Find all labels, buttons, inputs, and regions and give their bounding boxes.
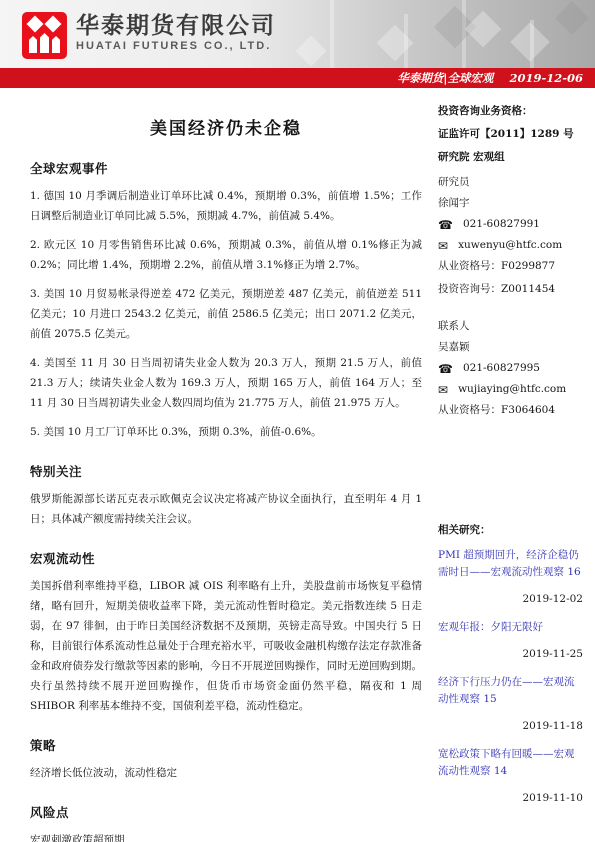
contact-name: 吴嘉颖 [438,340,583,355]
related-research-date: 2019-11-25 [438,648,583,660]
related-research-link[interactable]: PMI 超预期回升，经济企稳仍需时日——宏观流动性观察 16 [438,547,583,581]
license-number: 证监许可【2011】1289 号 [438,127,583,142]
related-research-item: 宽松政策下略有回暖——宏观流动性观察 14 2019-11-10 [438,746,583,804]
related-research-section: 相关研究： PMI 超预期回升，经济企稳仍需时日——宏观流动性观察 16 201… [438,522,583,804]
content-area: 美国经济仍未企稳 全球宏观事件 1. 德国 10 月季调后制造业订单环比减 0.… [0,88,595,842]
researcher-phone: 021-60827991 [463,217,540,232]
related-research-item: PMI 超预期回升，经济企稳仍需时日——宏观流动性观察 16 2019-12-0… [438,547,583,605]
report-title: 美国经济仍未企稳 [30,114,422,139]
researcher-name: 徐闻宇 [438,196,583,211]
institute-group: 研究院 宏观组 [438,150,583,165]
section-heading-strategy: 策略 [30,736,422,754]
email-icon: ✉ [438,384,448,396]
report-header: 华泰期货有限公司 HUATAI FUTURES CO., LTD. [0,0,595,68]
related-research-link[interactable]: 宏观年报：夕阳无限好 [438,619,583,636]
report-page: 华泰期货有限公司 HUATAI FUTURES CO., LTD. 华泰期货|全… [0,0,595,842]
company-name-en: HUATAI FUTURES CO., LTD. [76,40,276,52]
sidebar: 投资咨询业务资格： 证监许可【2011】1289 号 研究院 宏观组 研究员 徐… [438,88,583,842]
related-research-date: 2019-11-18 [438,720,583,732]
related-research-link[interactable]: 宽松政策下略有回暖——宏观流动性观察 14 [438,746,583,780]
report-category-banner: 华泰期货|全球宏观 2019-12-06 [0,68,595,88]
event-item: 4. 美国至 11 月 30 日当周初请失业金人数为 20.3 万人，预期 21… [30,353,422,413]
section-heading-risk: 风险点 [30,803,422,821]
main-column: 美国经济仍未企稳 全球宏观事件 1. 德国 10 月季调后制造业订单环比减 0.… [30,88,422,842]
report-date: 2019-12-06 [509,71,583,85]
company-name-cn: 华泰期货有限公司 [76,12,276,38]
special-attention-text: 俄罗斯能源部长诺瓦克表示欧佩克会议决定将减产协议全面执行，直至明年 4 月 1 … [30,489,422,529]
risk-text: 宏观刺激政策超预期 [30,830,422,842]
event-item: 5. 美国 10 月工厂订单环比 0.3%，预期 0.3%，前值-0.6%。 [30,422,422,442]
section-heading-global-macro-events: 全球宏观事件 [30,159,422,177]
related-research-item: 经济下行压力仍在——宏观流动性观察 15 2019-11-18 [438,674,583,732]
macro-liquidity-text: 美国拆借利率维持平稳，LIBOR 减 OIS 利率略有上升，美股盘前市场恢复平稳… [30,576,422,716]
contact-email-link[interactable]: wujiaying@htfc.com [458,382,566,397]
researcher-advisory-number: 投资咨询号：Z0011454 [438,282,583,297]
event-item: 3. 美国 10 月贸易帐录得逆差 472 亿美元，预期逆差 487 亿美元，前… [30,284,422,344]
researcher-email-link[interactable]: xuwenyu@htfc.com [458,238,562,253]
event-item: 2. 欧元区 10 月零售销售环比减 0.6%，预期减 0.3%，前值从增 0.… [30,235,422,275]
event-item: 1. 德国 10 月季调后制造业订单环比减 0.4%，预期增 0.3%，前值增 … [30,186,422,226]
brand-block: 华泰期货有限公司 HUATAI FUTURES CO., LTD. [76,12,276,52]
researcher-role-label: 研究员 [438,175,583,190]
section-heading-macro-liquidity: 宏观流动性 [30,549,422,567]
phone-icon: ☎ [438,219,453,231]
related-research-link[interactable]: 经济下行压力仍在——宏观流动性观察 15 [438,674,583,708]
strategy-text: 经济增长低位波动，流动性稳定 [30,763,422,783]
contact-cert-number: 从业资格号：F3064604 [438,403,583,418]
qualification-label: 投资咨询业务资格： [438,104,583,119]
huatai-logo-icon [22,12,67,59]
phone-icon: ☎ [438,363,453,375]
email-icon: ✉ [438,240,448,252]
related-research-heading: 相关研究： [438,522,583,537]
contact-role-label: 联系人 [438,319,583,334]
banner-category-label: 华泰期货|全球宏观 [397,70,493,86]
researcher-cert-number: 从业资格号：F0299877 [438,259,583,274]
related-research-date: 2019-11-10 [438,792,583,804]
related-research-item: 宏观年报：夕阳无限好 2019-11-25 [438,619,583,660]
contact-phone: 021-60827995 [463,361,540,376]
related-research-date: 2019-12-02 [438,593,583,605]
section-heading-special-attention: 特别关注 [30,462,422,480]
